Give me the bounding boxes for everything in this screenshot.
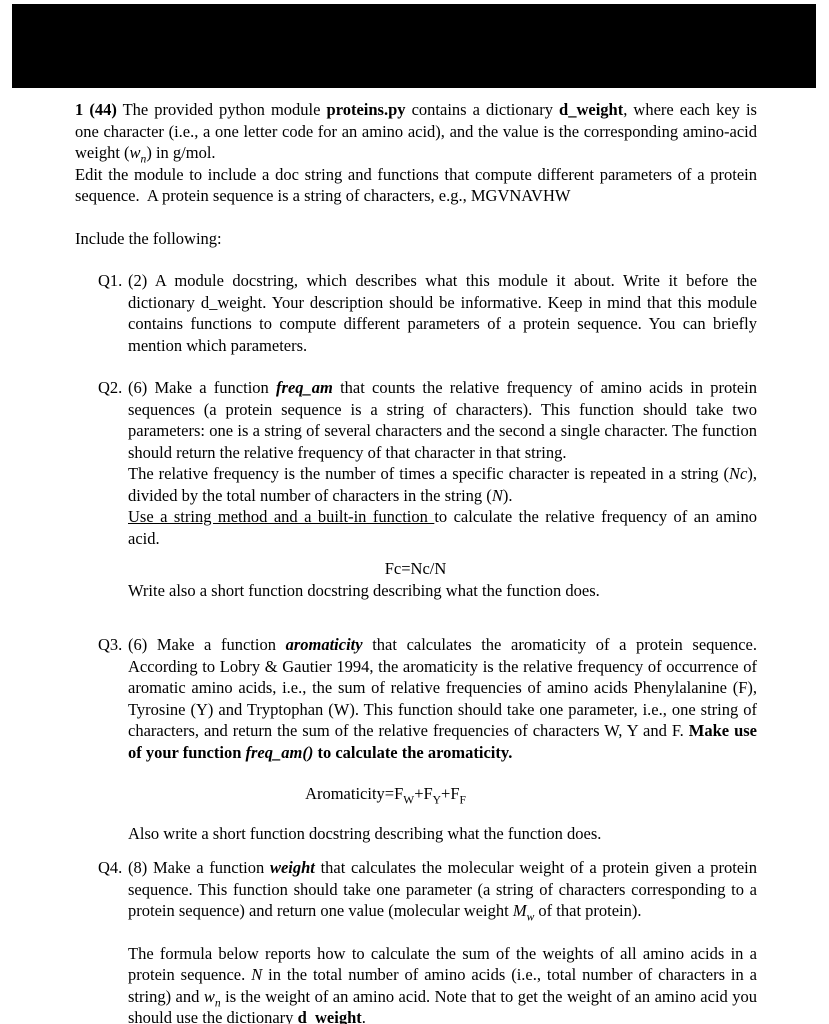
redacted-banner — [12, 4, 816, 88]
question-q4: Q4. (8) Make a function weight that calc… — [75, 857, 757, 1024]
q2-body: (6) Make a function freq_am that counts … — [128, 377, 757, 549]
q3-docstring-note: Also write a short function docstring de… — [128, 823, 757, 845]
text-run: is the weight of an amino acid. Note tha… — [128, 987, 757, 1024]
intro-paragraph-2: Edit the module to include a doc string … — [75, 164, 757, 207]
fc-formula: Fc=Nc/N — [128, 558, 757, 580]
question-q1: Q1. (2) A module docstring, which descri… — [75, 270, 757, 356]
text-run: . — [362, 1008, 366, 1024]
variable-nc: Nc — [729, 464, 747, 483]
q4-marker: Q4. — [98, 857, 122, 879]
variable-m: M — [513, 901, 527, 920]
function-name-freq-am: freq_am — [276, 378, 333, 397]
module-name: proteins.py — [327, 100, 406, 119]
underlined-instruction: Use a string method and a built-in funct… — [128, 507, 434, 526]
dictionary-name: d_weight — [559, 100, 623, 119]
q2-marker: Q2. — [98, 377, 122, 399]
bold-instruction-tail: to calculate the aromaticity. — [313, 743, 512, 762]
text-run: ) in g/mol. — [146, 143, 215, 162]
subscript-w: W — [403, 794, 414, 806]
question-q2: Q2. (6) Make a function freq_am that cou… — [75, 377, 757, 601]
text-run: ). — [503, 486, 513, 505]
function-name-weight: weight — [270, 858, 315, 877]
problem-number: 1 (44) — [75, 100, 117, 119]
text-run: (8) Make a function — [128, 858, 270, 877]
subscript-f: F — [460, 794, 466, 806]
variable-w: w — [204, 987, 215, 1006]
include-following-line: Include the following: — [75, 228, 757, 250]
text-run: (6) Make a function — [128, 635, 286, 654]
q1-marker: Q1. — [98, 270, 122, 292]
aromaticity-formula: Aromaticity=FW+FY+FF — [128, 783, 757, 805]
intro-paragraph-1: 1 (44) The provided python module protei… — [75, 99, 757, 164]
variable-n: N — [492, 486, 503, 505]
formula-text: +F — [414, 784, 432, 803]
document-page: 1 (44) The provided python module protei… — [0, 0, 829, 1024]
q4-paragraph-2: The formula below reports how to calcula… — [128, 943, 757, 1024]
function-name-freq-am-call: freq_am() — [246, 743, 314, 762]
q3-body: (6) Make a function aromaticity that cal… — [128, 634, 757, 763]
q2-docstring-note: Write also a short function docstring de… — [128, 580, 757, 602]
text-run: (2) A module docstring, which describes … — [128, 271, 757, 355]
dictionary-name: d_weight — [298, 1008, 362, 1024]
formula-text: Aromaticity=F — [305, 784, 403, 803]
question-q3: Q3. (6) Make a function aromaticity that… — [75, 634, 757, 844]
formula-text: +F — [441, 784, 459, 803]
text-run: (6) Make a function — [128, 378, 276, 397]
q1-body: (2) A module docstring, which describes … — [128, 270, 757, 356]
text-run: The relative frequency is the number of … — [128, 464, 729, 483]
q4-paragraph-1: (8) Make a function weight that calculat… — [128, 857, 757, 922]
function-name-aromaticity: aromaticity — [286, 635, 363, 654]
text-run: of that protein). — [534, 901, 641, 920]
variable-w: w — [130, 143, 141, 162]
document-body: 1 (44) The provided python module protei… — [75, 99, 757, 1024]
subscript-y: Y — [433, 794, 441, 806]
q3-marker: Q3. — [98, 634, 122, 656]
variable-n: N — [251, 965, 262, 984]
text-run: contains a dictionary — [406, 100, 560, 119]
text-run: The provided python module — [117, 100, 327, 119]
